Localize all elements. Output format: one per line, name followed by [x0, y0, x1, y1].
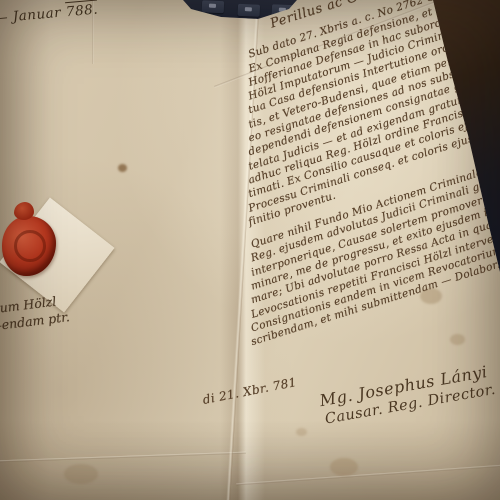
address-fragment: —um Hölzl —endam ptr. [0, 291, 71, 335]
letter-dateline: di 21. Xbr. 781 [202, 375, 298, 407]
paper-stain [64, 464, 98, 484]
fold-crease [236, 465, 500, 486]
docket-note: — Januar788. [0, 1, 99, 26]
letter-paper: — Januar788. —um Hölzl —endam ptr. Peril… [0, 0, 500, 500]
keyboard-key [238, 4, 261, 17]
paper-stain [330, 458, 358, 476]
keyboard-key [202, 0, 225, 13]
paper-stain [296, 428, 307, 436]
docket-text: — Januar [0, 5, 62, 27]
signature-block: Mg. Josephus Lányi Causar. Reg. Director… [318, 361, 497, 428]
ink-stain [118, 164, 127, 172]
paper-stain [450, 334, 465, 345]
fold-crease [0, 452, 246, 463]
docket-number: 788. [65, 0, 99, 20]
photo-of-manuscript-letter: — Januar788. —um Hölzl —endam ptr. Peril… [0, 0, 500, 500]
